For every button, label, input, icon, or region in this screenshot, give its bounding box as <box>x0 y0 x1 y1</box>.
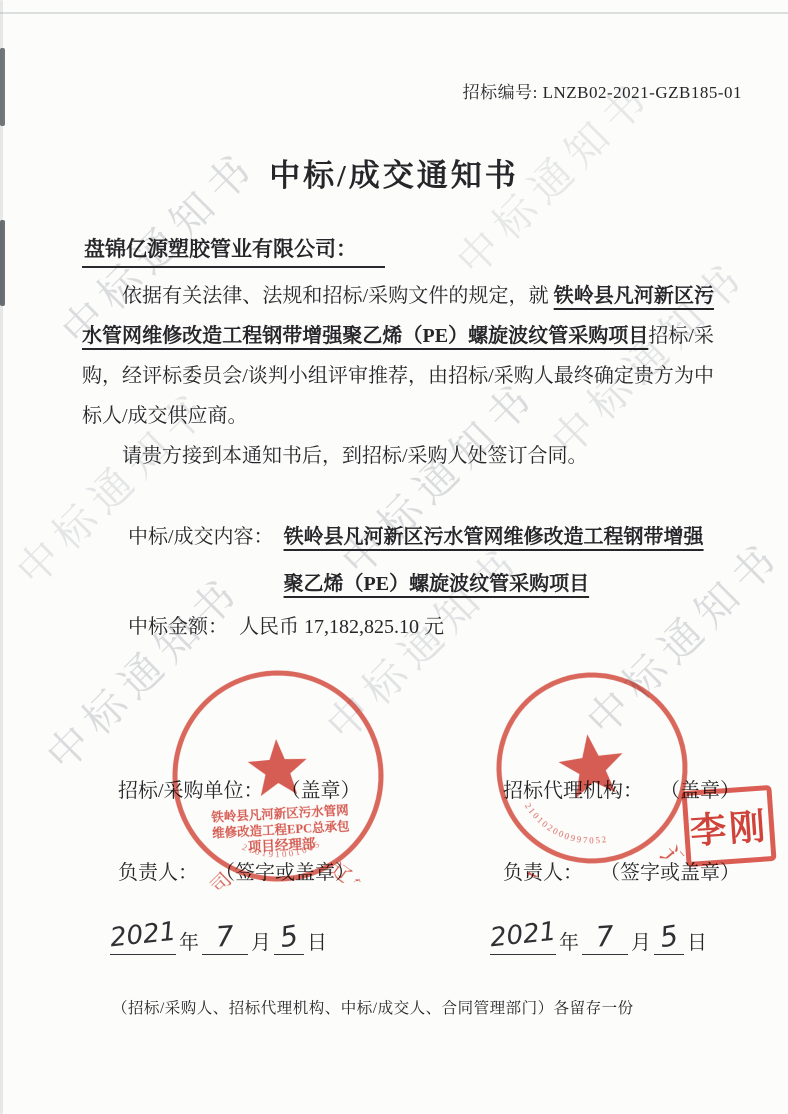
svg-text:210102000997052: 210102000997052 <box>522 791 609 855</box>
document-page: 中标通知书 中标通知书 中标通知书 中标通知书 中标通知书 中标通知书 中标通知… <box>0 0 788 1114</box>
scan-edge-artifact <box>0 220 5 306</box>
paragraph-award-basis: 依据有关法律、法规和招标/采购文件的规定，就 铁岭县凡河新区污水管网维修改造工程… <box>82 276 714 436</box>
agency-stamp-serial: 210102000997052 <box>522 791 609 855</box>
agency-person-note: （签字或盖章） <box>600 862 740 884</box>
day-unit: 日 <box>687 932 707 954</box>
star-icon <box>247 738 309 797</box>
day-unit: 日 <box>307 932 327 954</box>
award-content-value: 铁岭县凡河新区污水管网维修改造工程钢带增强聚乙烯（PE）螺旋波纹管采购项目 <box>284 514 714 608</box>
purchaser-date: 2021年7月5日 <box>110 920 330 955</box>
month-unit: 月 <box>631 932 651 954</box>
scan-edge-artifact <box>0 48 5 126</box>
name-seal-characters: 李刚 <box>688 798 769 854</box>
handwritten-year: 2021 <box>489 917 558 954</box>
year-unit: 年 <box>559 932 579 954</box>
award-amount-label: 中标金额： <box>128 616 228 638</box>
handwritten-day: 5 <box>278 919 301 954</box>
purchaser-round-stamp: 辽宁省水利水电勘测设计研究院有限责任公司 铁岭县凡河新区污水管网 维修改造工程E… <box>162 660 393 891</box>
agency-date: 2021年7月5日 <box>490 920 710 955</box>
purchaser-stamp-org-arc: 辽宁省水利水电勘测设计研究院有限责任公司 <box>179 856 394 892</box>
star-icon <box>555 730 628 800</box>
award-content-label: 中标/成交内容： <box>128 514 274 608</box>
award-amount-value: 人民币 17,182,825.10 元 <box>239 616 444 638</box>
handwritten-day: 5 <box>658 919 681 954</box>
agency-round-stamp: 辽宁工程招标有限公司 210102000997052 <box>479 655 705 881</box>
year-unit: 年 <box>179 932 199 954</box>
document-title: 中标/成交通知书 <box>0 150 788 195</box>
name-seal: 李刚 <box>681 785 776 867</box>
award-amount-row: 中标金额： 人民币 17,182,825.10 元 <box>128 610 444 639</box>
award-content-row: 中标/成交内容： 铁岭县凡河新区污水管网维修改造工程钢带增强聚乙烯（PE）螺旋波… <box>128 514 714 608</box>
addressee-company: 盘锦亿源塑胶管业有限公司： <box>82 233 385 268</box>
paragraph-sign-contract: 请贵方接到本通知书后，到招标/采购人处签订合同。 <box>82 436 714 476</box>
tender-reference-number: 招标编号: LNZB02-2021-GZB185-01 <box>463 78 742 103</box>
svg-text:辽宁省水利水电勘测设计研究院有限责任公司: 辽宁省水利水电勘测设计研究院有限责任公司 <box>179 856 394 892</box>
body-text: 依据有关法律、法规和招标/采购文件的规定，就 铁岭县凡河新区污水管网维修改造工程… <box>82 276 714 476</box>
handwritten-year: 2021 <box>109 917 178 954</box>
scan-crease-line <box>0 12 788 14</box>
handwritten-month: 7 <box>215 919 235 953</box>
para1-lead-text: 依据有关法律、法规和招标/采购文件的规定，就 <box>122 285 554 307</box>
distribution-footnote: （招标/采购人、招标代理机构、中标/成交人、合同管理部门）各留存一份 <box>112 996 634 1018</box>
handwritten-month: 7 <box>595 919 615 953</box>
month-unit: 月 <box>251 932 271 954</box>
